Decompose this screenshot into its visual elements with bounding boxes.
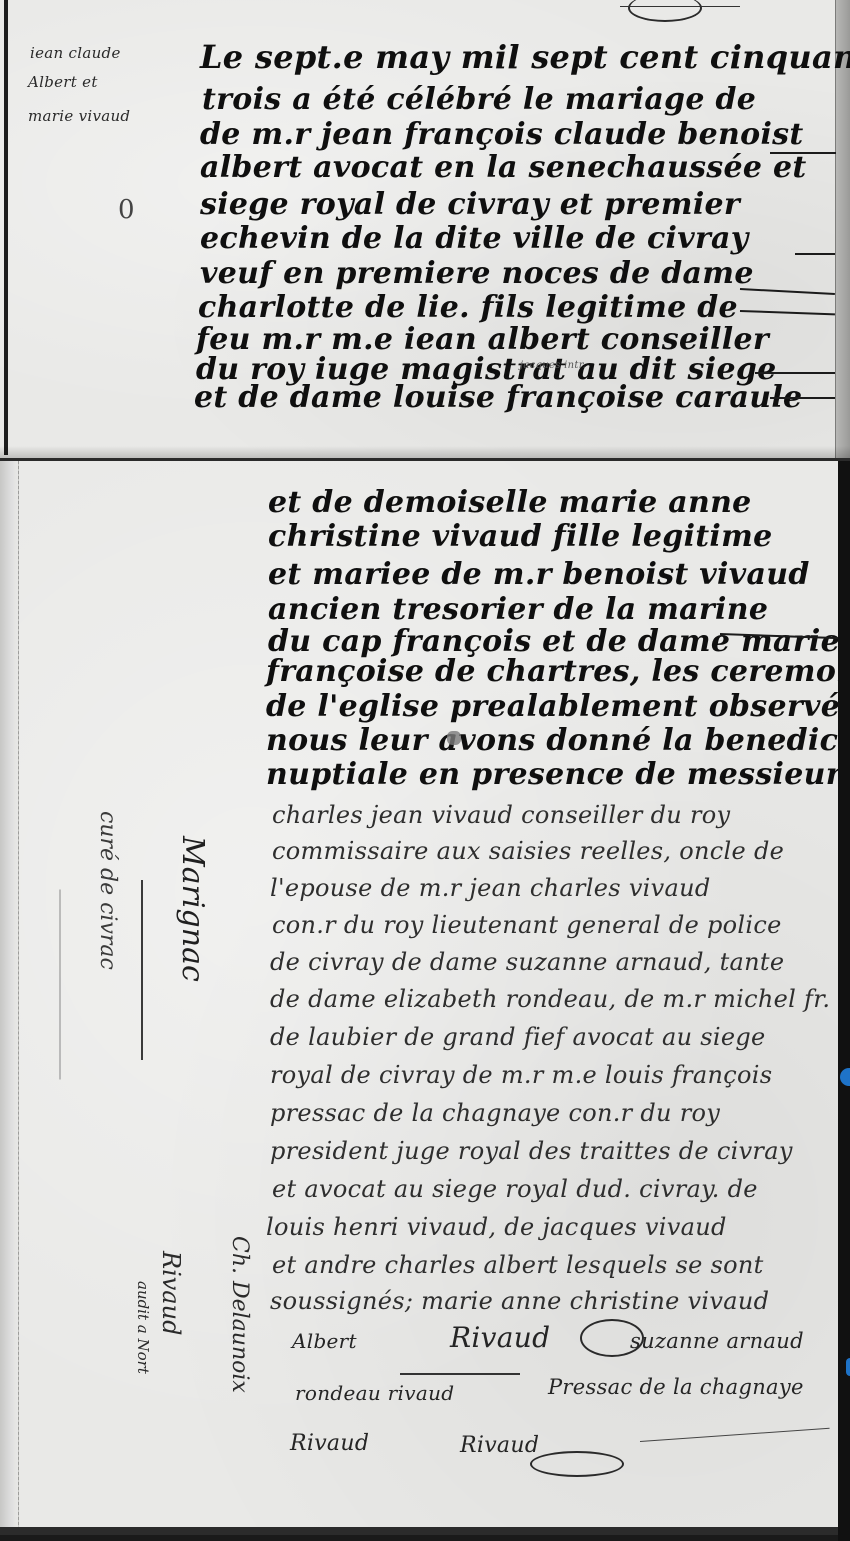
line-end-rule xyxy=(795,253,835,255)
entry-line-23: l'epouse de m.r jean charles vivaud xyxy=(270,874,711,902)
vertical-note-audit: audit a Nort xyxy=(134,1281,152,1374)
entry-line-7: veuf en premiere noces de dame xyxy=(200,256,754,291)
entry-line-31: et avocat au siege royal dud. civray. de xyxy=(272,1175,758,1203)
signature-flourish xyxy=(530,1451,624,1477)
top-flourish-stroke xyxy=(620,6,740,7)
register-page-top: iean claude Albert et marie vivaud 0 Le … xyxy=(0,0,850,461)
signature-flourish xyxy=(580,1319,644,1357)
signature-tail xyxy=(640,1428,830,1442)
margin-note-line-1: iean claude xyxy=(30,44,121,62)
vertical-signature-rivaud: Rivaud xyxy=(157,1251,185,1335)
line-end-rule xyxy=(755,372,835,374)
entry-line-2: trois a été célébré le mariage de xyxy=(202,82,756,117)
entry-line-15: ancien tresorier de la marine xyxy=(268,592,768,627)
signature-rivaud-1: Rivaud xyxy=(450,1321,550,1354)
entry-line-13: christine vivaud fille legitime xyxy=(268,519,773,554)
page-bottom-shadow xyxy=(0,446,850,458)
signature-rivaud-3: Rivaud xyxy=(460,1433,539,1458)
entry-line-21: charles jean vivaud conseiller du roy xyxy=(272,801,730,829)
scroll-marker-icon[interactable] xyxy=(846,1358,850,1376)
margin-mark: 0 xyxy=(118,195,135,225)
signature-rivaud-2: Rivaud xyxy=(290,1431,369,1456)
vertical-signature-cure: curé de civrac xyxy=(95,811,120,970)
entry-line-30: president juge royal des traittes de civ… xyxy=(270,1137,793,1165)
register-page-bottom: et de demoiselle marie anne christine vi… xyxy=(0,461,838,1535)
entry-line-26: de dame elizabeth rondeau, de m.r michel… xyxy=(270,985,830,1013)
entry-line-3: de m.r jean françois claude benoist xyxy=(200,117,804,152)
ink-stain xyxy=(447,731,461,745)
entry-line-8: charlotte de lie. fils legitime de xyxy=(198,290,738,325)
entry-line-22: commissaire aux saisies reelles, oncle d… xyxy=(272,837,784,865)
line-end-rule xyxy=(770,397,835,399)
entry-line-11: et de dame louise françoise caraule xyxy=(194,380,802,415)
entry-line-14: et mariee de m.r benoist vivaud xyxy=(268,557,810,592)
vertical-flourish xyxy=(141,880,143,1060)
entry-line-5: siege royal de civray et premier xyxy=(200,187,740,222)
signature-underline xyxy=(400,1373,520,1375)
signature-pressac: Pressac de la chagnaye xyxy=(548,1375,804,1399)
entry-line-17: françoise de chartres, les ceremonies xyxy=(266,654,838,689)
entry-line-6: echevin de la dite ville de civray xyxy=(200,221,749,256)
signature-albert: Albert xyxy=(292,1329,357,1353)
line-end-rule xyxy=(740,310,835,315)
page-left-fold xyxy=(0,461,19,1535)
entry-line-25: de civray de dame suzanne arnaud, tante xyxy=(270,948,784,976)
signature-rondeau-rivaud: rondeau rivaud xyxy=(295,1381,454,1405)
left-margin-rule xyxy=(4,0,8,455)
entry-line-4: albert avocat en la senechaussée et xyxy=(200,150,807,185)
vertical-pencil-line xyxy=(60,890,61,1080)
entry-line-12: et de demoiselle marie anne xyxy=(268,485,752,520)
vertical-signature-marignac: Marignac xyxy=(175,836,210,982)
page-bottom-edge xyxy=(0,1527,838,1535)
entry-line-24: con.r du roy lieutenant general de polic… xyxy=(272,911,782,939)
entry-line-34: soussignés; marie anne christine vivaud xyxy=(270,1287,769,1315)
entry-line-29: pressac de la chagnaye con.r du roy xyxy=(270,1099,720,1127)
margin-note-line-3: marie vivaud xyxy=(28,107,130,125)
entry-line-27: de laubier de grand fief avocat au siege xyxy=(270,1023,766,1051)
top-flourish xyxy=(628,0,702,22)
entry-line-19: nous leur avons donné la benediction xyxy=(266,723,838,758)
line-end-rule xyxy=(740,288,835,295)
entry-line-33: et andre charles albert lesquels se sont xyxy=(272,1251,764,1279)
interlinear-note: jacques intr. xyxy=(520,360,586,371)
entry-line-28: royal de civray de m.r m.e louis françoi… xyxy=(270,1061,772,1089)
margin-note-line-2: Albert et xyxy=(28,73,98,91)
entry-line-18: de l'eglise prealablement observées xyxy=(266,689,838,724)
book-binding-edge xyxy=(838,461,850,1541)
signature-suzanne-arnaud: suzanne arnaud xyxy=(630,1329,804,1353)
entry-line-32: louis henri vivaud, de jacques vivaud xyxy=(266,1213,727,1241)
entry-line-1: Le sept.e may mil sept cent cinquante xyxy=(200,38,850,76)
entry-line-20: nuptiale en presence de messieurs xyxy=(266,757,838,792)
vertical-signature-delaunoix: Ch. Delaunoix xyxy=(227,1236,252,1393)
line-end-rule xyxy=(770,152,836,154)
